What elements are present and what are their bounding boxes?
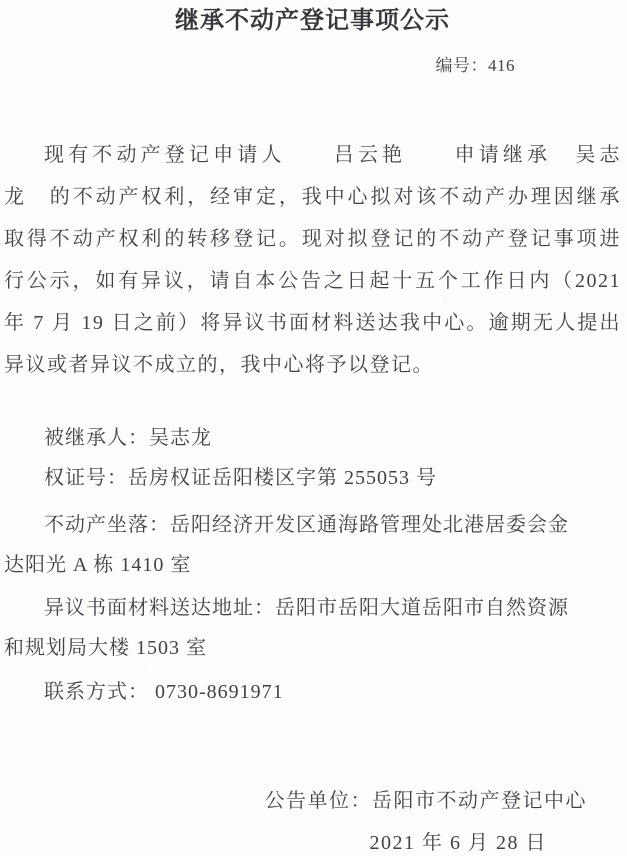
notice-document: 继承不动产登记事项公示 编号：416 现有不动产登记申请人 吕云艳 申请继承 吴…: [0, 0, 627, 856]
detail-property-location-line1: 不动产坐落：岳阳经济开发区通海路管理处北港居委会金: [4, 505, 621, 545]
body-line-2: 龙 的不动产权利，经审定，我中心拟对该不动产办理因继承: [4, 176, 621, 218]
issuer-line: 公告单位：岳阳市不动产登记中心: [4, 782, 621, 820]
detail-objection-address-line1: 异议书面材料送达地址：岳阳市岳阳大道岳阳市自然资源: [4, 588, 621, 628]
document-title: 继承不动产登记事项公示: [4, 4, 621, 38]
detail-objection-address-line2: 和规划局大楼 1503 室: [4, 628, 621, 668]
notice-details: 被继承人：吴志龙 权证号：岳房权证岳阳楼区字第 255053 号 不动产坐落：岳…: [4, 418, 621, 712]
body-line-6: 异议或者异议不成立的，我中心将予以登记。: [4, 344, 621, 386]
detail-contact-phone: 联系方式： 0730-8691971: [4, 672, 621, 712]
detail-certificate-number: 权证号：岳房权证岳阳楼区字第 255053 号: [4, 458, 621, 498]
notice-body: 现有不动产登记申请人 吕云艳 申请继承 吴志 龙 的不动产权利，经审定，我中心拟…: [4, 134, 621, 386]
body-line-5: 年 7 月 19 日之前）将异议书面材料送达我中心。逾期无人提出: [4, 302, 621, 344]
document-number: 编号：416: [4, 54, 621, 78]
detail-decedent: 被继承人：吴志龙: [4, 418, 621, 458]
detail-property-location-line2: 达阳光 A 栋 1410 室: [4, 545, 621, 585]
body-line-4: 行公示，如有异议，请自本公告之日起十五个工作日内（2021: [4, 260, 621, 302]
notice-footer: 公告单位：岳阳市不动产登记中心 2021 年 6 月 28 日: [4, 782, 621, 856]
body-line-1: 现有不动产登记申请人 吕云艳 申请继承 吴志: [4, 134, 621, 176]
date-line: 2021 年 6 月 28 日: [4, 824, 621, 856]
body-line-3: 取得不动产权利的转移登记。现对拟登记的不动产登记事项进: [4, 218, 621, 260]
